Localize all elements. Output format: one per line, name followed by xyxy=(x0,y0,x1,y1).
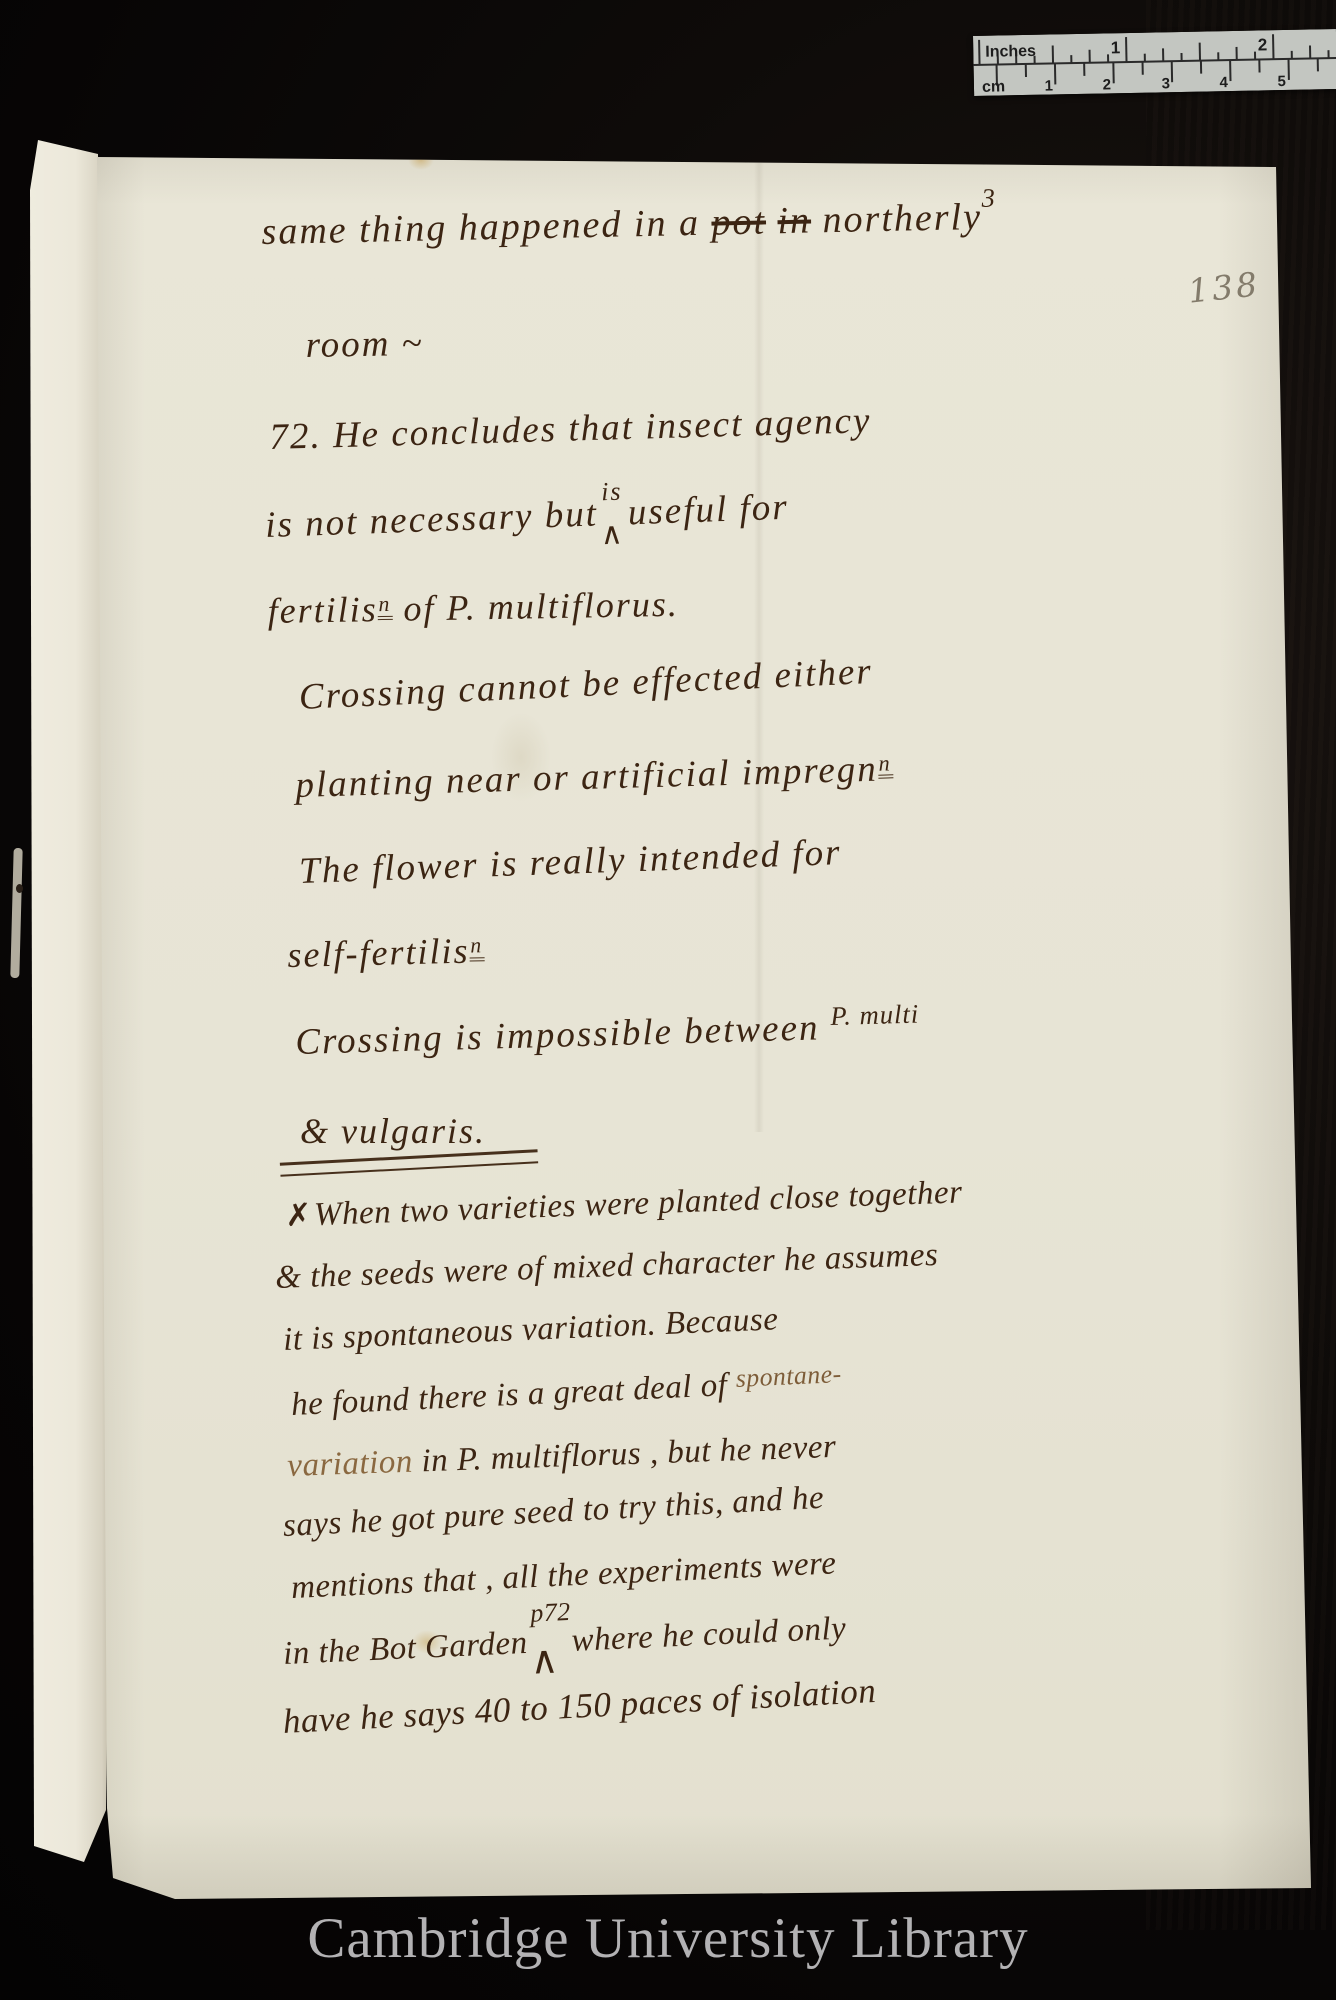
ms-line-19-text2: where he could only xyxy=(571,1610,847,1658)
page-crease xyxy=(754,152,764,1132)
ms-line-1-gap xyxy=(766,200,778,242)
ms-line-1-text2: northerly xyxy=(811,196,983,242)
insertion: ∧p72 xyxy=(528,1641,572,1653)
inch-number-1: 1 xyxy=(1111,38,1121,57)
insertion: ∧is xyxy=(598,514,628,525)
ms-line-14: it is spontaneous variation. Because xyxy=(282,1301,779,1359)
photo-frame: Inches 1 2 cm 1 2 3 4 5 138 same thing h… xyxy=(0,0,1336,2000)
ms-line-5: fertilisn of P. multiflorus. xyxy=(267,583,679,632)
section-divider-rule xyxy=(280,1149,538,1176)
ms-line-20: have he says 40 to 150 paces of isolatio… xyxy=(282,1671,877,1742)
paper-stain xyxy=(408,150,434,170)
struck-word-pot: pot xyxy=(711,200,766,243)
ms-line-16: variation in P. multiflorus , but he nev… xyxy=(287,1429,837,1485)
superscript-figure-3: 3 xyxy=(981,183,997,214)
inserted-word-is: is xyxy=(601,477,623,508)
ms-line-5-text: fertilis xyxy=(267,589,378,631)
ruler-scale: Inches 1 2 cm 1 2 3 4 5 xyxy=(973,29,1336,96)
ms-line-9-text: self-fertilis xyxy=(287,931,470,975)
cm-number-2: 2 xyxy=(1102,76,1111,93)
facing-page-edge-thin xyxy=(10,848,22,978)
superscript-n: n xyxy=(877,752,893,779)
ms-line-12-text: When two varieties were planted close to… xyxy=(313,1174,963,1233)
cm-label: cm xyxy=(982,78,1005,95)
ms-line-1-text: same thing happened in a xyxy=(261,202,712,253)
ms-line-15: he found there is a great deal of sponta… xyxy=(290,1359,843,1424)
struck-word-in: in xyxy=(777,199,811,242)
manuscript-page: 138 same thing happened in a pot in nort… xyxy=(96,152,1316,1902)
insertion-caret: ∧ xyxy=(600,516,625,552)
ms-line-1: same thing happened in a pot in northerl… xyxy=(261,183,998,254)
ms-line-12: ✗When two varieties were planted close t… xyxy=(285,1174,963,1235)
ms-line-19: in the Bot Garden∧p72where he could only xyxy=(282,1610,847,1673)
superscript-n: n xyxy=(469,935,484,961)
cm-number-4: 4 xyxy=(1219,74,1228,91)
ms-line-19-text: in the Bot Garden xyxy=(282,1625,528,1672)
ms-line-13: & the seeds were of mixed character he a… xyxy=(275,1237,939,1297)
ms-line-11: & vulgaris. xyxy=(300,1110,486,1152)
cm-number-3: 3 xyxy=(1161,75,1170,92)
ms-line-4-text2: useful for xyxy=(627,487,789,534)
ruler-svg: Inches 1 2 cm 1 2 3 4 5 xyxy=(973,29,1336,96)
insertion-caret: ∧ xyxy=(529,1638,559,1684)
ms-line-10-text: Crossing is impossible between xyxy=(295,1007,831,1063)
cm-number-5: 5 xyxy=(1277,73,1286,90)
superscript-n: n xyxy=(377,594,392,620)
superscript-p-multi: P. multi xyxy=(830,999,920,1032)
deletion-mark: ✗ xyxy=(285,1197,313,1233)
ms-line-16-faded: variation xyxy=(287,1444,414,1484)
ms-line-17: says he got pure seed to try this, and h… xyxy=(282,1480,825,1545)
inch-number-2: 2 xyxy=(1258,35,1268,54)
ms-line-10: Crossing is impossible between P. multi xyxy=(295,999,920,1064)
ms-line-16-text: in P. multiflorus , but he never xyxy=(412,1429,837,1480)
ms-line-4: is not necessary but∧isuseful for xyxy=(264,486,789,547)
cm-number-1: 1 xyxy=(1044,77,1053,94)
ms-line-9: self-fertilisn xyxy=(287,929,485,976)
ms-line-5-text2: of P. multiflorus. xyxy=(392,584,679,629)
ms-line-8: The flower is really intended for xyxy=(298,831,842,893)
ms-line-15-small: spontane- xyxy=(735,1359,842,1394)
ms-line-7-text: planting near or artificial impregn xyxy=(295,749,878,806)
ms-line-15-text: he found there is a great deal of xyxy=(290,1367,737,1423)
library-watermark: Cambridge University Library xyxy=(0,1906,1336,1971)
ms-line-2: room ~ xyxy=(305,322,424,367)
ms-line-4-text: is not necessary but xyxy=(265,493,599,546)
pencil-folio-number: 138 xyxy=(1186,264,1262,310)
ms-line-6: Crossing cannot be effected either xyxy=(298,650,874,719)
ms-line-7: planting near or artificial impregnn xyxy=(295,747,894,807)
inches-label: Inches xyxy=(985,43,1036,61)
ms-line-3: 72. He concludes that insect agency xyxy=(269,399,872,459)
inserted-ref-p72: p72 xyxy=(530,1597,572,1629)
paper-speck xyxy=(16,884,23,893)
